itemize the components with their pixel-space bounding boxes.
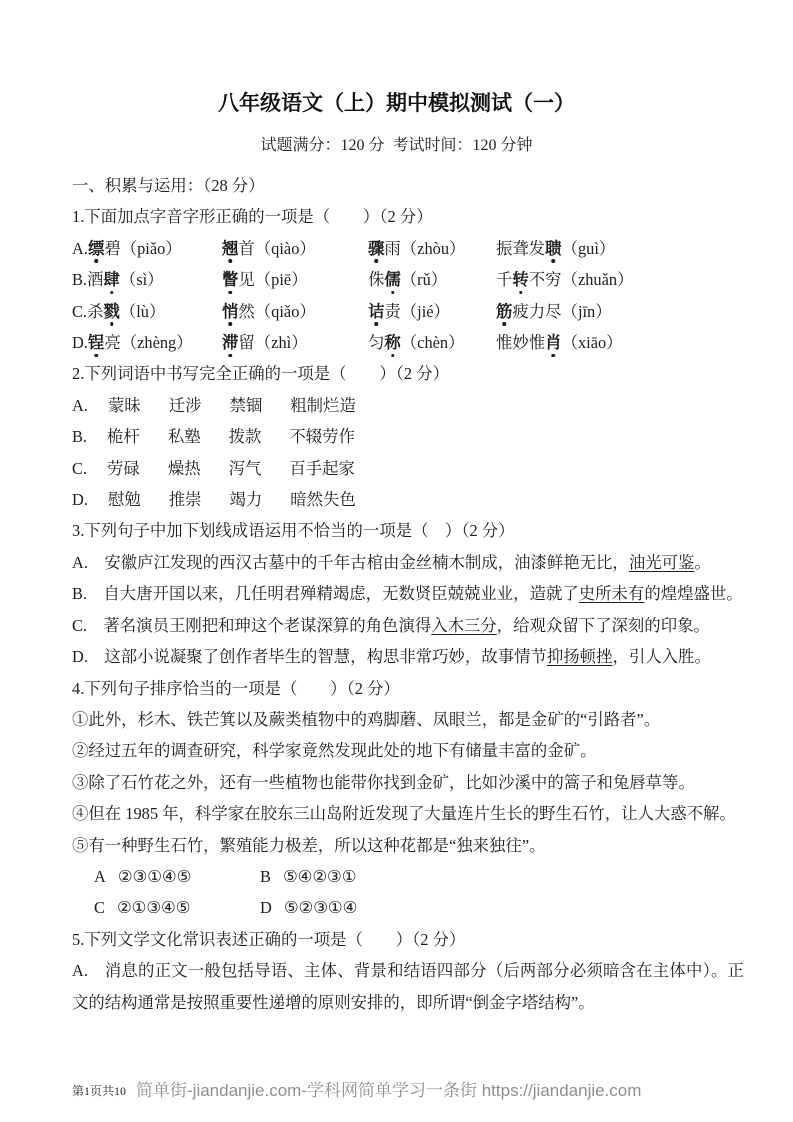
q3-option-a: A. 安徽庐江发现的西汉古墓中的千年古棺由金丝楠木制成，油漆鲜艳无比，油光可鉴。 <box>72 547 744 578</box>
page-title: 八年级语文（上）期中模拟测试（一） <box>0 0 793 118</box>
q2-word: 拨款 <box>229 427 262 446</box>
q4-options-row-2: C②①③④⑤ D⑤②③①④ <box>72 892 744 923</box>
option-label: B. <box>72 427 87 446</box>
dotted-char: 锃 <box>88 333 104 352</box>
q2-word: 百手起家 <box>289 459 355 478</box>
underlined-idiom: 抑扬顿挫 <box>547 647 613 666</box>
q2-word: 泻气 <box>229 459 262 478</box>
dotted-char: 转 <box>512 270 528 289</box>
q5-option-a: A. 消息的正文一般包括导语、主体、背景和结语四部分（后两部分必须暗含在主体中）… <box>72 955 744 1018</box>
q2-word: 粗制烂造 <box>290 396 356 415</box>
q2-word: 私塾 <box>168 427 201 446</box>
q2-row-a: A.蒙昧迁涉禁锢粗制烂造 <box>72 390 744 421</box>
q4-sentence-3: ③除了石竹花之外，还有一些植物也能带你找到金矿，比如沙溪中的篙子和兔唇草等。 <box>72 767 744 798</box>
option-value: ⑤④②③① <box>283 867 356 886</box>
q2-word: 燥热 <box>168 459 201 478</box>
watermark-text: 简单街-jiandanjie.com-学科网简单学习一条街 https://ji… <box>136 1079 641 1103</box>
q3-option-b: B. 自大唐开国以来，几任明君殚精竭虑，无数贤臣兢兢业业，造就了史所未有的煌煌盛… <box>72 578 744 609</box>
option-value: ②③①④⑤ <box>118 867 191 886</box>
dotted-char: 聩 <box>545 239 561 258</box>
option-label: D. <box>72 490 88 509</box>
underlined-idiom: 油光可鉴 <box>629 553 695 572</box>
dotted-char: 缥 <box>88 239 104 258</box>
q1-word: 侏儒（rǔ） <box>368 264 496 295</box>
q1-row-b: B.酒肆（sì） 瞥见（piē） 侏儒（rǔ） 千转不穷（zhuǎn） <box>72 264 744 295</box>
option-label: D <box>260 898 272 917</box>
dotted-char: 诘 <box>368 302 384 321</box>
q1-word: 匀称（chèn） <box>368 327 496 358</box>
q2-word: 推崇 <box>169 490 202 509</box>
q4-option-d: D⑤②③①④ <box>260 892 744 923</box>
page-number: 第1页共10 <box>72 1084 126 1098</box>
q2-word: 不辍劳作 <box>289 427 355 446</box>
q1-row-d: D.锃亮（zhèng） 滞留（zhì） 匀称（chèn） 惟妙惟肖（xiāo） <box>72 327 744 358</box>
q4-sentence-5: ⑤有一种野生石竹，繁殖能力极差，所以这种花都是“独来独往”。 <box>72 830 744 861</box>
q1-word: 诘责（jié） <box>368 296 496 327</box>
page-subtitle: 试题满分：120 分 考试时间：120 分钟 <box>0 134 793 158</box>
dotted-char: 筋 <box>496 302 512 321</box>
dotted-char: 肆 <box>103 270 119 289</box>
dotted-char: 滞 <box>222 333 238 352</box>
dotted-char: 骤 <box>368 239 384 258</box>
q3-prompt: 3.下列句子中加下划线成语运用不恰当的一项是（ ）（2 分） <box>72 515 744 546</box>
option-label: A <box>94 867 106 886</box>
dotted-char: 悄 <box>222 302 238 321</box>
q1-row-c: C.杀戮（lù） 悄然（qiǎo） 诘责（jié） 筋疲力尽（jīn） <box>72 296 744 327</box>
q2-prompt: 2.下列词语中书写完全正确的一项是（ ）（2 分） <box>72 358 744 389</box>
q4-option-a: A②③①④⑤ <box>94 861 260 892</box>
dotted-char: 称 <box>384 333 400 352</box>
q1-word: D.锃亮（zhèng） <box>72 327 222 358</box>
option-label: C <box>94 898 105 917</box>
q1-word: B.酒肆（sì） <box>72 264 222 295</box>
q2-word: 桅杆 <box>107 427 140 446</box>
q4-option-b: B⑤④②③① <box>260 861 744 892</box>
dotted-char: 翘 <box>222 239 238 258</box>
q1-word: 筋疲力尽（jīn） <box>496 296 744 327</box>
q1-word: C.杀戮（lù） <box>72 296 222 327</box>
q1-word: 惟妙惟肖（xiāo） <box>496 327 744 358</box>
q4-sentence-2: ②经过五年的调查研究，科学家竟然发现此处的地下有储量丰富的金矿。 <box>72 735 744 766</box>
q2-word: 劳碌 <box>107 459 140 478</box>
option-label: C. <box>72 459 87 478</box>
underlined-idiom: 入木三分 <box>431 616 497 635</box>
option-value: ⑤②③①④ <box>284 898 357 917</box>
q1-word: 悄然（qiǎo） <box>222 296 368 327</box>
q1-word: A.缥碧（piǎo） <box>72 233 222 264</box>
q1-word: 滞留（zhì） <box>222 327 368 358</box>
q3-option-d: D. 这部小说凝聚了创作者毕生的智慧，构思非常巧妙，故事情节抑扬顿挫，引人入胜。 <box>72 641 744 672</box>
paper-content: 一、积累与运用：（28 分） 1.下面加点字音字形正确的一项是（ ）（2 分） … <box>72 170 744 1018</box>
dotted-char: 戮 <box>103 302 119 321</box>
footer: 第1页共10 简单街-jiandanjie.com-学科网简单学习一条街 htt… <box>72 1080 772 1110</box>
dotted-char: 儒 <box>384 270 400 289</box>
section-heading: 一、积累与运用：（28 分） <box>72 170 744 201</box>
q2-row-d: D.慰勉推崇竭力暗然失色 <box>72 484 744 515</box>
q2-word: 迁涉 <box>169 396 202 415</box>
q2-word: 禁锢 <box>230 396 263 415</box>
q2-word: 竭力 <box>230 490 263 509</box>
q5-prompt: 5.下列文学文化常识表述正确的一项是（ ）（2 分） <box>72 924 744 955</box>
q4-option-c: C②①③④⑤ <box>94 892 260 923</box>
q2-row-c: C.劳碌燥热泻气百手起家 <box>72 453 744 484</box>
q4-sentence-1: ①此外，杉木、铁芒箕以及蕨类植物中的鸡脚蘑、凤眼兰，都是金矿的“引路者”。 <box>72 704 744 735</box>
q4-prompt: 4.下列句子排序恰当的一项是（ ）（2 分） <box>72 673 744 704</box>
q2-word: 蒙昧 <box>108 396 141 415</box>
test-paper-page: 八年级语文（上）期中模拟测试（一） 试题满分：120 分 考试时间：120 分钟… <box>0 0 793 1122</box>
option-label: B <box>260 867 271 886</box>
option-label: A. <box>72 396 88 415</box>
q2-row-b: B.桅杆私塾拨款不辍劳作 <box>72 421 744 452</box>
q1-word: 振聋发聩（guì） <box>496 233 744 264</box>
q2-word: 慰勉 <box>108 490 141 509</box>
dotted-char: 瞥 <box>222 270 238 289</box>
q2-word: 暗然失色 <box>290 490 356 509</box>
dotted-char: 肖 <box>545 333 561 352</box>
q1-row-a: A.缥碧（piǎo） 翘首（qiào） 骤雨（zhòu） 振聋发聩（guì） <box>72 233 744 264</box>
q4-sentence-4: ④但在 1985 年，科学家在胶东三山岛附近发现了大量连片生长的野生石竹，让人大… <box>72 798 744 829</box>
q3-option-c: C. 著名演员王刚把和珅这个老谋深算的角色演得入木三分，给观众留下了深刻的印象。 <box>72 610 744 641</box>
underlined-idiom: 史所未有 <box>579 584 645 603</box>
q4-options-row-1: A②③①④⑤ B⑤④②③① <box>72 861 744 892</box>
q1-word: 骤雨（zhòu） <box>368 233 496 264</box>
option-value: ②①③④⑤ <box>117 898 190 917</box>
q1-prompt: 1.下面加点字音字形正确的一项是（ ）（2 分） <box>72 201 744 232</box>
q1-word: 瞥见（piē） <box>222 264 368 295</box>
q1-word: 千转不穷（zhuǎn） <box>496 264 744 295</box>
q1-word: 翘首（qiào） <box>222 233 368 264</box>
